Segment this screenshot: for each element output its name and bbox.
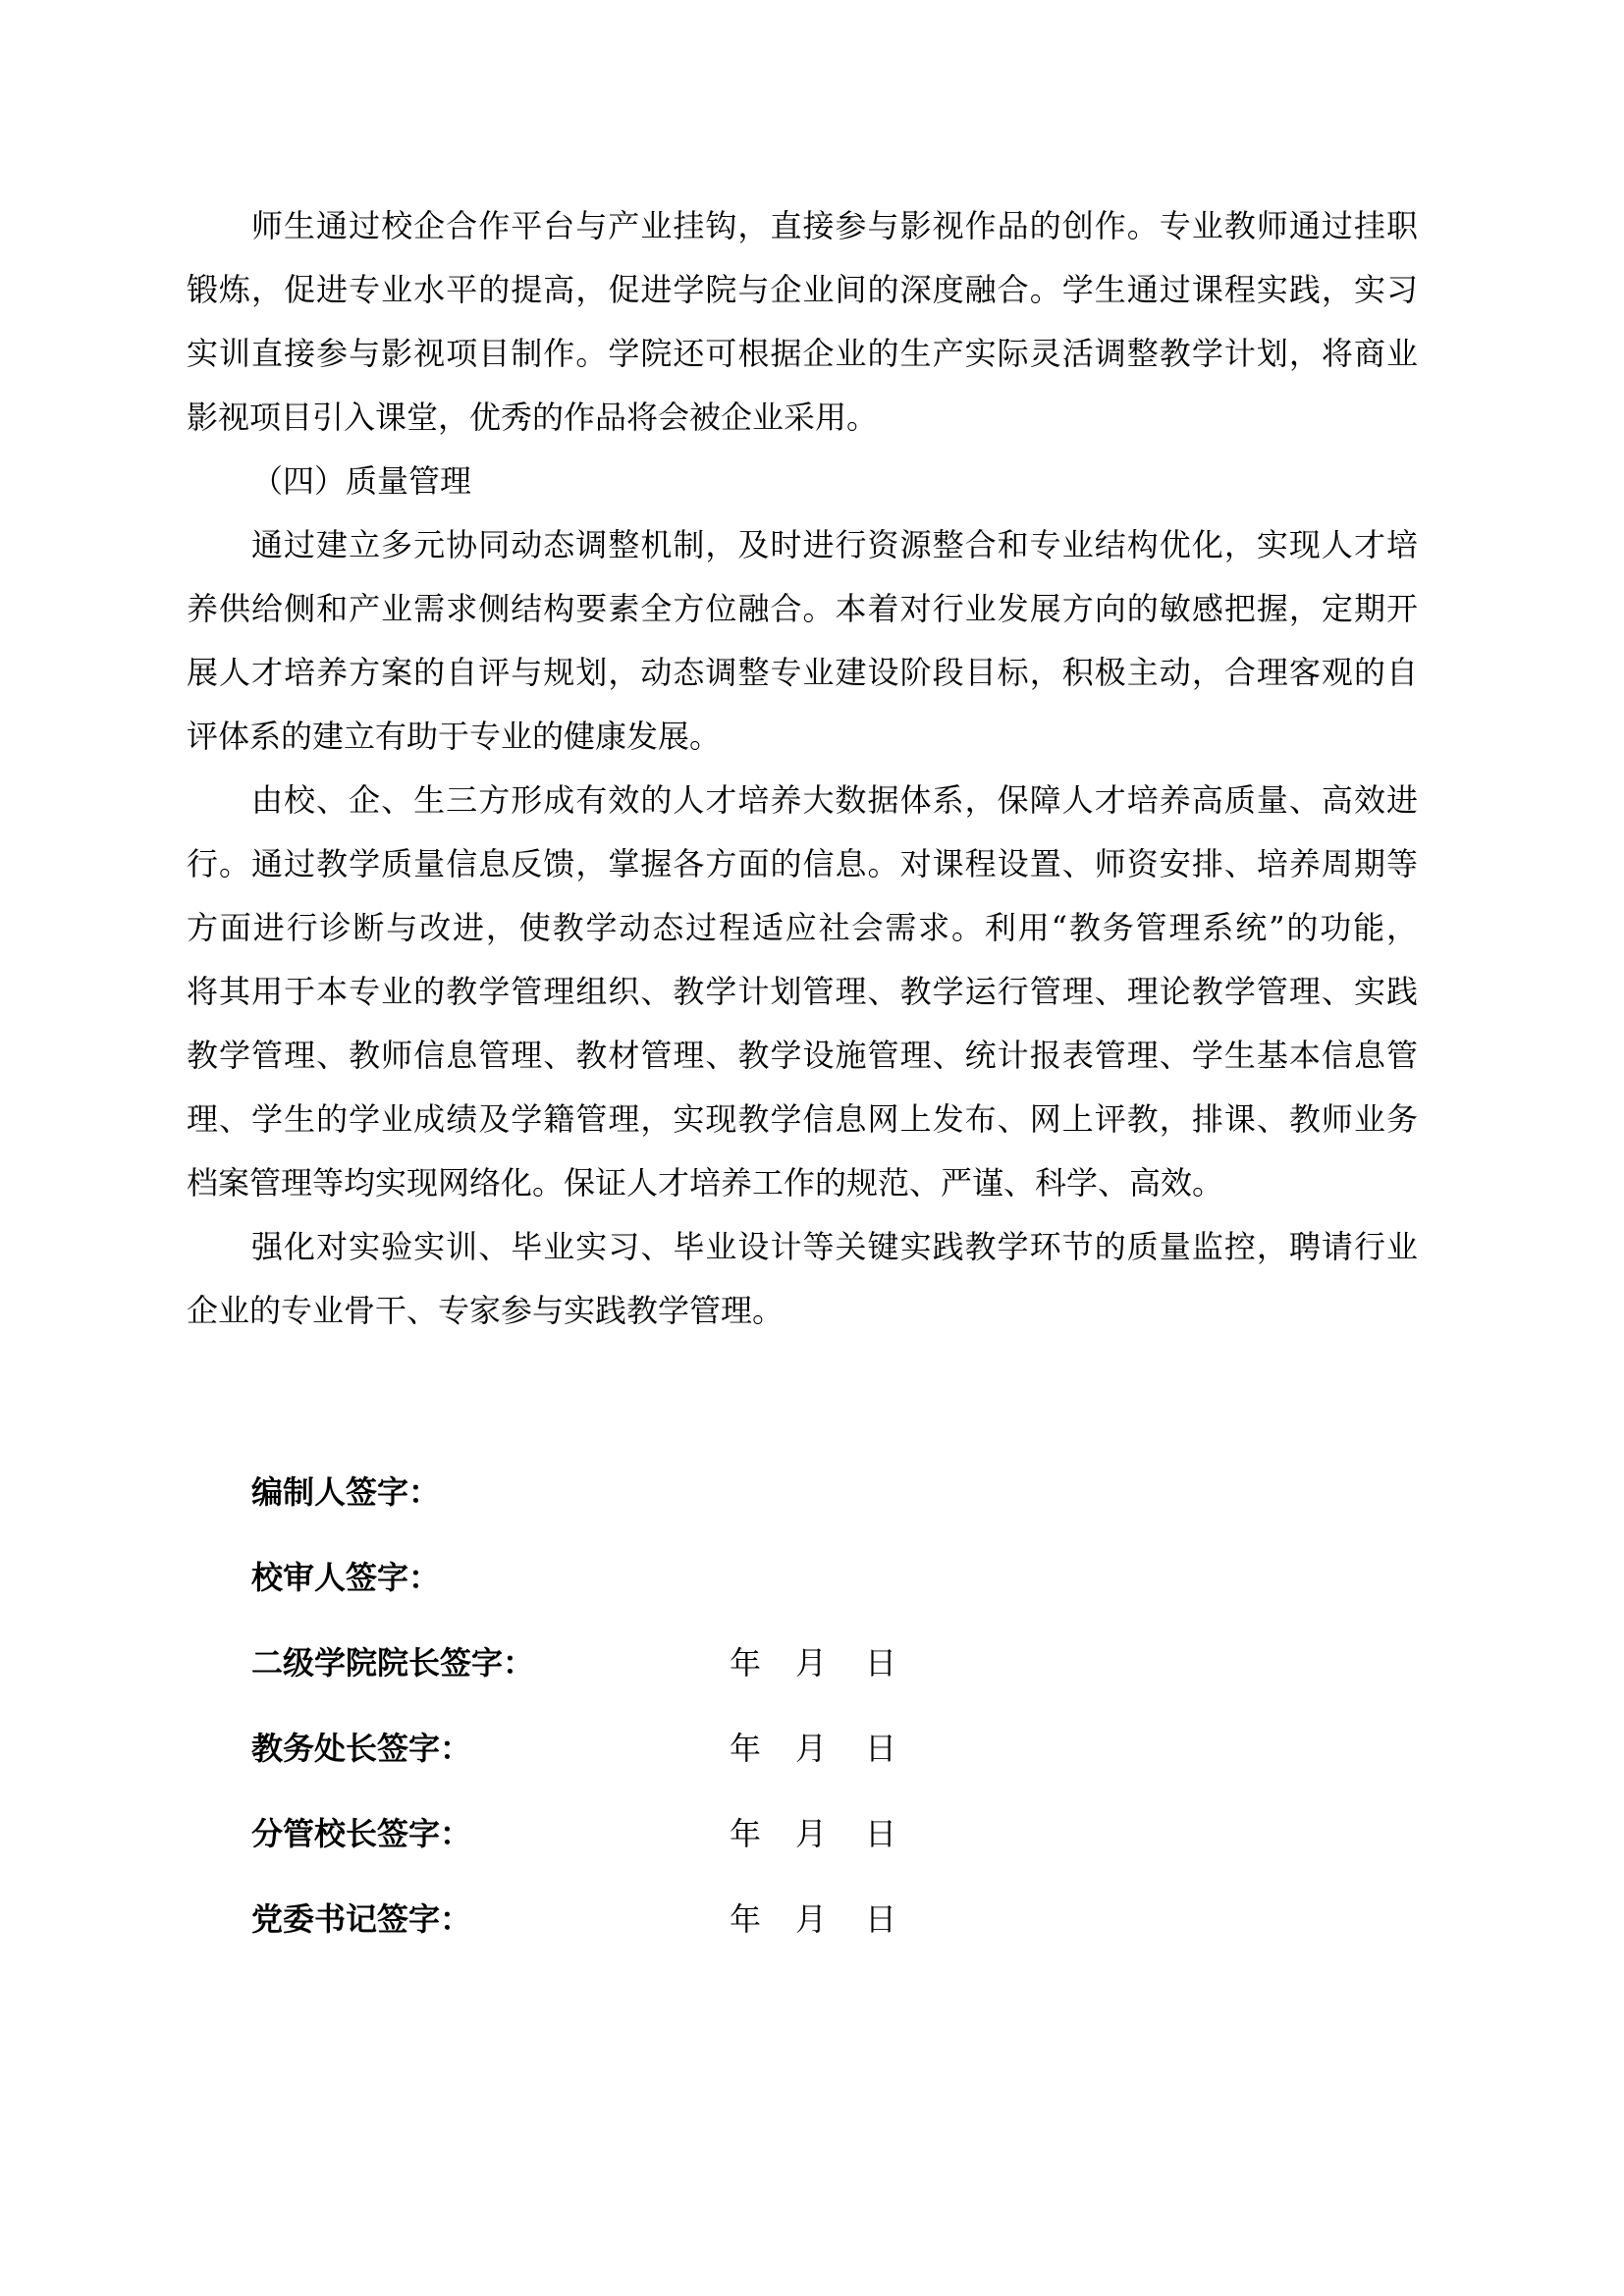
paragraph-line: 展人才培养方案的自评与规划，动态调整专业建设阶段目标，积极主动，合理客观的自 xyxy=(187,641,1418,705)
date-day-label: 日 xyxy=(865,1621,896,1706)
signature-row-compiler: 编制人签字： xyxy=(251,1450,1135,1535)
paragraph-line: 理、学生的学业成绩及学籍管理，实现教学信息网上发布、网上评教，排课、教师业务 xyxy=(187,1088,1418,1151)
paragraph-line: 企业的专业骨干、专家参与实践教学管理。 xyxy=(187,1279,1418,1343)
paragraph-line: 锻炼，促进专业水平的提高，促进学院与企业间的深度融合。学生通过课程实践，实习 xyxy=(187,258,1418,322)
date-month-label: 月 xyxy=(795,1877,827,1962)
signature-row-party-secretary: 党委书记签字： 年 月 日 xyxy=(251,1877,1135,1962)
date-year-label: 年 xyxy=(730,1791,761,1877)
paragraph-dynamic-adjustment: 通过建立多元协同动态调整机制，及时进行资源整合和专业结构优化，实现人才培 养供给… xyxy=(187,513,1418,769)
date-month-label: 月 xyxy=(795,1621,827,1706)
paragraph-industry-cooperation: 师生通过校企合作平台与产业挂钩，直接参与影视作品的创作。专业教师通过挂职 锻炼，… xyxy=(187,194,1418,450)
paragraph-line: 评体系的建立有助于专业的健康发展。 xyxy=(187,705,1418,769)
signature-row-college-dean: 二级学院院长签字： 年 月 日 xyxy=(251,1621,1135,1706)
signature-label: 校审人签字： xyxy=(251,1559,440,1596)
paragraph-line: 行。通过教学质量信息反馈，掌握各方面的信息。对课程设置、师资安排、培养周期等 xyxy=(187,832,1418,896)
date-month-label: 月 xyxy=(795,1706,827,1791)
paragraph-teaching-management-system: 由校、企、生三方形成有效的人才培养大数据体系，保障人才培养高质量、高效进 行。通… xyxy=(187,769,1418,1215)
paragraph-line: 实训直接参与影视项目制作。学院还可根据企业的生产实际灵活调整教学计划，将商业 xyxy=(187,322,1418,386)
date-year-label: 年 xyxy=(730,1877,761,1962)
date-day-label: 日 xyxy=(865,1706,896,1791)
signature-label: 编制人签字： xyxy=(251,1473,440,1511)
signature-label: 二级学院院长签字： xyxy=(251,1644,534,1682)
date-year-label: 年 xyxy=(730,1621,761,1706)
date-day-label: 日 xyxy=(865,1791,896,1877)
paragraph-line: 由校、企、生三方形成有效的人才培养大数据体系，保障人才培养高质量、高效进 xyxy=(187,769,1418,832)
signature-label: 分管校长签字： xyxy=(251,1815,471,1852)
paragraph-line: 强化对实验实训、毕业实习、毕业设计等关键实践教学环节的质量监控，聘请行业 xyxy=(187,1215,1418,1279)
paragraph-line: 教学管理、教师信息管理、教材管理、教学设施管理、统计报表管理、学生基本信息管 xyxy=(187,1024,1418,1088)
signature-row-reviewer: 校审人签字： xyxy=(251,1535,1135,1621)
date-month-label: 月 xyxy=(795,1791,827,1877)
signature-label: 党委书记签字： xyxy=(251,1900,471,1938)
date-year-label: 年 xyxy=(730,1706,761,1791)
signature-row-academic-affairs-director: 教务处长签字： 年 月 日 xyxy=(251,1706,1135,1791)
signature-label: 教务处长签字： xyxy=(251,1730,471,1767)
paragraph-line: 通过建立多元协同动态调整机制，及时进行资源整合和专业结构优化，实现人才培 xyxy=(187,513,1418,577)
paragraph-line: 方面进行诊断与改进，使教学动态过程适应社会需求。利用“教务管理系统”的功能， xyxy=(187,896,1418,960)
signature-row-vice-president: 分管校长签字： 年 月 日 xyxy=(251,1791,1135,1877)
date-day-label: 日 xyxy=(865,1877,896,1962)
paragraph-practice-monitoring: 强化对实验实训、毕业实习、毕业设计等关键实践教学环节的质量监控，聘请行业 企业的… xyxy=(187,1215,1418,1343)
paragraph-line: 将其用于本专业的教学管理组织、教学计划管理、教学运行管理、理论教学管理、实践 xyxy=(187,960,1418,1024)
section-heading-quality-management: （四）质量管理 xyxy=(187,450,1418,513)
document-body: 师生通过校企合作平台与产业挂钩，直接参与影视作品的创作。专业教师通过挂职 锻炼，… xyxy=(187,194,1418,1343)
paragraph-line: 影视项目引入课堂，优秀的作品将会被企业采用。 xyxy=(187,386,1418,450)
paragraph-line: 档案管理等均实现网络化。保证人才培养工作的规范、严谨、科学、高效。 xyxy=(187,1151,1418,1215)
document-page: 师生通过校企合作平台与产业挂钩，直接参与影视作品的创作。专业教师通过挂职 锻炼，… xyxy=(0,0,1624,2296)
signature-block: 编制人签字： 校审人签字： 二级学院院长签字： 年 月 日 教务处长签字： 年 … xyxy=(251,1450,1135,1962)
paragraph-line: 养供给侧和产业需求侧结构要素全方位融合。本着对行业发展方向的敏感把握，定期开 xyxy=(187,577,1418,641)
paragraph-line: 师生通过校企合作平台与产业挂钩，直接参与影视作品的创作。专业教师通过挂职 xyxy=(187,194,1418,258)
